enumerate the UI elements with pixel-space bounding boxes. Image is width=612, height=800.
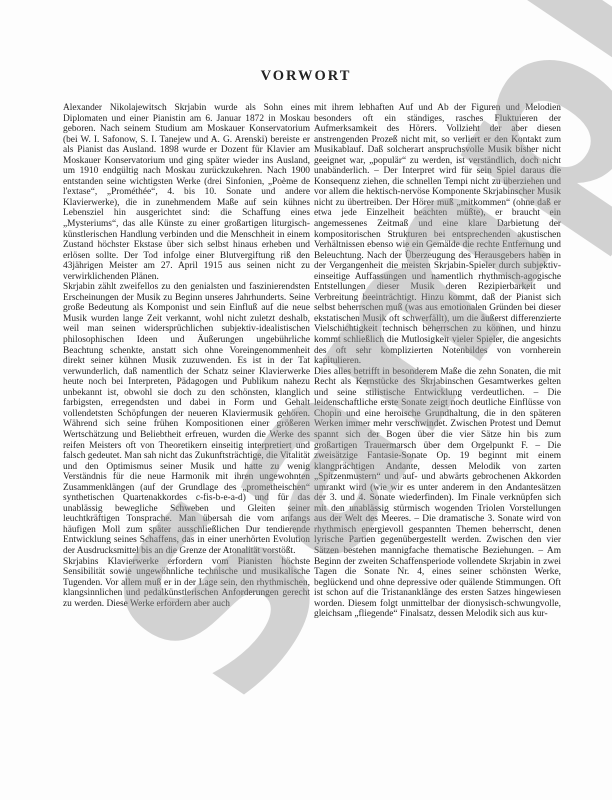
paragraph-pianist-requirements: Skrjabins Klavierwerke erfordern vom Pia… [63, 557, 310, 610]
paragraph-sonatas: Dies alles betrifft in besonderem Maße d… [314, 367, 561, 620]
right-column: mit ihrem lebhaften Auf und Ab der Figur… [314, 103, 561, 620]
paragraph-significance: Skrjabin zählt zweifellos zu den genials… [63, 282, 310, 556]
paragraph-interpretation: mit ihrem lebhaften Auf und Ab der Figur… [314, 103, 561, 367]
page-title: VORWORT [0, 68, 612, 85]
left-column: Alexander Nikolajewitsch Skrjabin wurde … [63, 103, 310, 609]
paragraph-biography: Alexander Nikolajewitsch Skrjabin wurde … [63, 103, 310, 282]
